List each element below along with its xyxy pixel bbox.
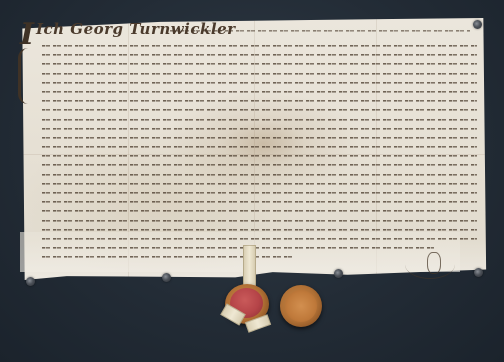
handwritten-line <box>42 40 477 49</box>
handwritten-line <box>42 159 477 168</box>
mounting-pin-icon <box>473 20 482 29</box>
initial-flourish <box>18 48 37 104</box>
handwritten-line <box>42 196 477 205</box>
seal-case-lid <box>280 285 322 327</box>
handwritten-line <box>42 123 477 132</box>
handwritten-line <box>42 132 477 141</box>
handwritten-line <box>170 25 470 34</box>
manuscript-text-body <box>42 40 477 261</box>
lid-interior <box>285 290 317 322</box>
handwritten-line <box>42 49 477 58</box>
handwritten-line <box>42 169 477 178</box>
signature-flourish <box>405 250 455 279</box>
handwritten-line <box>42 95 477 104</box>
handwritten-line <box>42 215 477 224</box>
mounting-pin-icon <box>334 269 343 278</box>
handwritten-line <box>42 114 477 123</box>
handwritten-line <box>42 104 477 113</box>
heading-continuation <box>170 25 470 36</box>
handwritten-line <box>42 141 477 150</box>
mounting-pin-icon <box>26 277 35 286</box>
handwritten-line <box>42 68 477 77</box>
handwritten-line <box>42 150 477 159</box>
mounting-pin-icon <box>474 268 483 277</box>
handwritten-line <box>42 86 477 95</box>
handwritten-line <box>42 77 477 86</box>
mounting-pin-icon <box>162 273 171 282</box>
handwritten-line <box>42 205 477 214</box>
handwritten-line <box>42 178 477 187</box>
handwritten-line <box>42 58 477 67</box>
handwritten-line <box>42 187 477 196</box>
handwritten-line <box>42 242 434 251</box>
handwritten-line <box>42 233 477 242</box>
handwritten-line <box>42 251 294 260</box>
handwritten-line <box>42 224 477 233</box>
